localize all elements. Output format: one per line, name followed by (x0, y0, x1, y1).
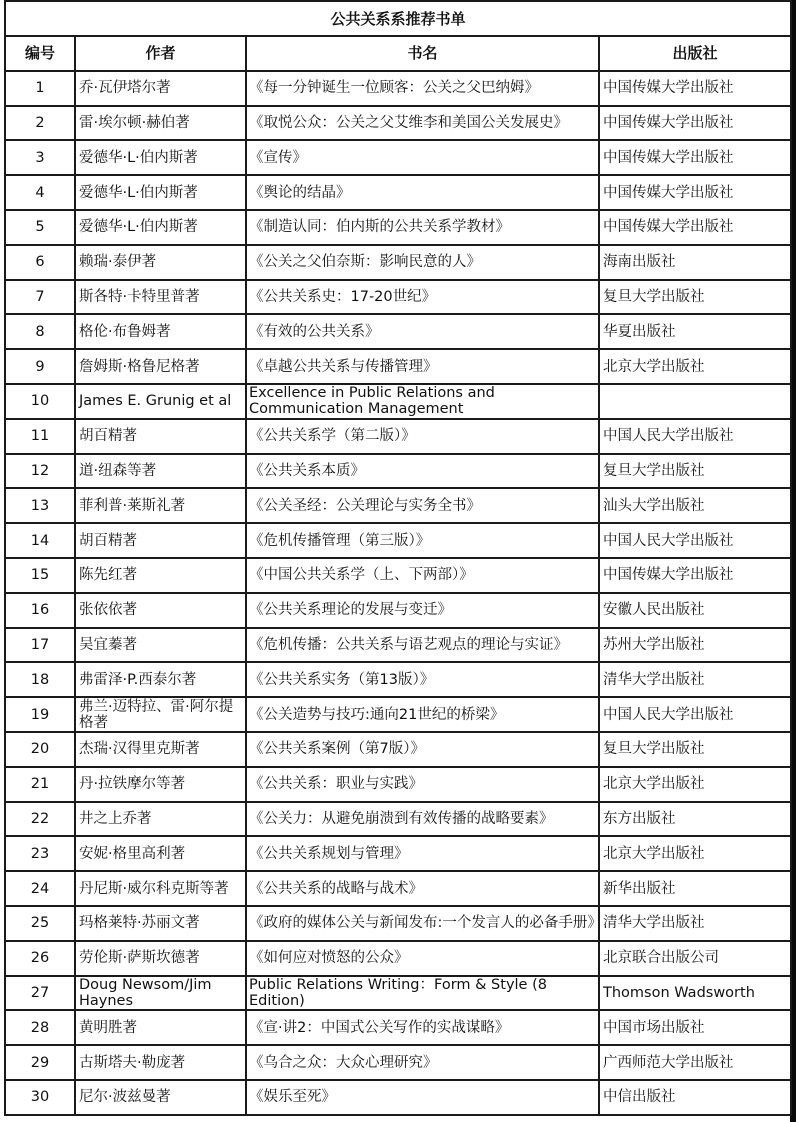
table-row: 21丹·拉铁摩尔等著《公共关系：职业与实践》北京大学出版社 (5, 767, 791, 802)
cell-publisher: 清华大学出版社 (599, 662, 791, 697)
cell-book-title: 《乌合之众：大众心理研究》 (246, 1045, 599, 1080)
cell-publisher: 中国传媒大学出版社 (599, 106, 791, 141)
table-row: 1乔·瓦伊塔尔著《每一分钟诞生一位顾客：公关之父巴纳姆》中国传媒大学出版社 (5, 71, 791, 106)
cell-book-title: 《舆论的结晶》 (246, 175, 599, 210)
cell-author: 爱德华·L·伯内斯著 (75, 140, 246, 175)
cell-book-title: 《公共关系的战略与战术》 (246, 871, 599, 906)
cell-number: 25 (5, 906, 75, 941)
table-row: 9詹姆斯·格鲁尼格著《卓越公共关系与传播管理》北京大学出版社 (5, 349, 791, 384)
table-row: 20杰瑞·汉得里克斯著《公共关系案例（第7版）》复旦大学出版社 (5, 732, 791, 767)
cell-book-title: 《公共关系规划与管理》 (246, 836, 599, 871)
cell-publisher: 北京大学出版社 (599, 349, 791, 384)
cell-number: 19 (5, 697, 75, 732)
cell-number: 24 (5, 871, 75, 906)
table-row: 16张依依著《公共关系理论的发展与变迁》安徽人民出版社 (5, 593, 791, 628)
table-row: 12道·纽森等著《公共关系本质》复旦大学出版社 (5, 454, 791, 489)
table-row: 13菲利普·莱斯礼著《公关圣经：公关理论与实务全书》汕头大学出版社 (5, 488, 791, 523)
table-row: 8格伦·布鲁姆著《有效的公共关系》华夏出版社 (5, 314, 791, 349)
cell-book-title: 《取悦公众：公关之父艾维李和美国公关发展史》 (246, 106, 599, 141)
table-row: 2雷·埃尔顿·赫伯著《取悦公众：公关之父艾维李和美国公关发展史》中国传媒大学出版… (5, 106, 791, 141)
cell-number: 10 (5, 384, 75, 419)
cell-author: 玛格莱特·苏丽文著 (75, 906, 246, 941)
cell-book-title: 《公关之父伯奈斯：影响民意的人》 (246, 245, 599, 280)
cell-number: 20 (5, 732, 75, 767)
cell-publisher: 中国人民大学出版社 (599, 419, 791, 454)
cell-publisher (599, 384, 791, 419)
cell-author: 吴宜蓁著 (75, 628, 246, 663)
table-row: 4爱德华·L·伯内斯著《舆论的结晶》中国传媒大学出版社 (5, 175, 791, 210)
cell-author: 胡百精著 (75, 523, 246, 558)
cell-publisher: 苏州大学出版社 (599, 628, 791, 663)
cell-author: 劳伦斯·萨斯坎德著 (75, 941, 246, 976)
table-row: 14胡百精著《危机传播管理（第三版）》中国人民大学出版社 (5, 523, 791, 558)
title-row: 公共关系系推荐书单 (5, 1, 791, 36)
cell-author: 弗兰·迈特拉、雷·阿尔提格著 (75, 697, 246, 732)
cell-number: 18 (5, 662, 75, 697)
cell-publisher: 海南出版社 (599, 245, 791, 280)
cell-book-title: 《有效的公共关系》 (246, 314, 599, 349)
cell-publisher: 中国传媒大学出版社 (599, 140, 791, 175)
cell-author: 陈先红著 (75, 558, 246, 593)
cell-publisher: 复旦大学出版社 (599, 732, 791, 767)
cell-author: 井之上乔著 (75, 802, 246, 837)
cell-author: Doug Newsom/Jim Haynes (75, 976, 246, 1011)
cell-author: 尼尔·波兹曼著 (75, 1080, 246, 1115)
cell-number: 5 (5, 210, 75, 245)
header-row: 编号 作者 书名 出版社 (5, 36, 791, 71)
cell-book-title: 《每一分钟诞生一位顾客：公关之父巴纳姆》 (246, 71, 599, 106)
cell-book-title: 《中国公共关系学（上、下两部）》 (246, 558, 599, 593)
cell-publisher: Thomson Wadsworth (599, 976, 791, 1011)
cell-book-title: 《公共关系史：17-20世纪》 (246, 280, 599, 315)
cell-number: 3 (5, 140, 75, 175)
table-title: 公共关系系推荐书单 (5, 1, 791, 36)
cell-book-title: 《政府的媒体公关与新闻发布:一个发言人的必备手册》 (246, 906, 599, 941)
cell-publisher: 华夏出版社 (599, 314, 791, 349)
cell-book-title: 《公关力：从避免崩溃到有效传播的战略要素》 (246, 802, 599, 837)
cell-publisher: 中国传媒大学出版社 (599, 71, 791, 106)
cell-publisher: 中国传媒大学出版社 (599, 210, 791, 245)
table-row: 25玛格莱特·苏丽文著《政府的媒体公关与新闻发布:一个发言人的必备手册》清华大学… (5, 906, 791, 941)
cell-book-title: 《危机传播管理（第三版）》 (246, 523, 599, 558)
cell-author: James E. Grunig et al (75, 384, 246, 419)
cell-book-title: 《公共关系学（第二版）》 (246, 419, 599, 454)
cell-number: 8 (5, 314, 75, 349)
cell-number: 12 (5, 454, 75, 489)
table-row: 15陈先红著《中国公共关系学（上、下两部）》中国传媒大学出版社 (5, 558, 791, 593)
table-row: 11胡百精著《公共关系学（第二版）》中国人民大学出版社 (5, 419, 791, 454)
cell-author: 菲利普·莱斯礼著 (75, 488, 246, 523)
cell-number: 11 (5, 419, 75, 454)
cell-book-title: 《危机传播：公共关系与语艺观点的理论与实证》 (246, 628, 599, 663)
cell-author: 胡百精著 (75, 419, 246, 454)
cell-number: 9 (5, 349, 75, 384)
cell-number: 28 (5, 1010, 75, 1045)
table-row: 10James E. Grunig et alExcellence in Pub… (5, 384, 791, 419)
cell-book-title: 《如何应对愤怒的公众》 (246, 941, 599, 976)
cell-number: 2 (5, 106, 75, 141)
cell-book-title: 《公共关系本质》 (246, 454, 599, 489)
table-row: 6赖瑞·泰伊著《公关之父伯奈斯：影响民意的人》海南出版社 (5, 245, 791, 280)
cell-publisher: 北京大学出版社 (599, 767, 791, 802)
cell-author: 格伦·布鲁姆著 (75, 314, 246, 349)
cell-book-title: 《公共关系：职业与实践》 (246, 767, 599, 802)
cell-book-title: 《制造认同：伯内斯的公共关系学教材》 (246, 210, 599, 245)
cell-author: 斯各特·卡特里普著 (75, 280, 246, 315)
cell-author: 乔·瓦伊塔尔著 (75, 71, 246, 106)
cell-number: 6 (5, 245, 75, 280)
cell-book-title: 《宣传》 (246, 140, 599, 175)
cell-publisher: 北京大学出版社 (599, 836, 791, 871)
cell-number: 30 (5, 1080, 75, 1115)
cell-number: 22 (5, 802, 75, 837)
cell-author: 雷·埃尔顿·赫伯著 (75, 106, 246, 141)
cell-author: 爱德华·L·伯内斯著 (75, 210, 246, 245)
cell-number: 15 (5, 558, 75, 593)
cell-author: 丹·拉铁摩尔等著 (75, 767, 246, 802)
cell-book-title: 《公共关系理论的发展与变迁》 (246, 593, 599, 628)
cell-publisher: 汕头大学出版社 (599, 488, 791, 523)
cell-publisher: 中国传媒大学出版社 (599, 558, 791, 593)
cell-number: 17 (5, 628, 75, 663)
cell-book-title: 《公关圣经：公关理论与实务全书》 (246, 488, 599, 523)
cell-publisher: 中国人民大学出版社 (599, 523, 791, 558)
cell-publisher: 新华出版社 (599, 871, 791, 906)
column-header-publisher: 出版社 (599, 36, 791, 71)
cell-number: 23 (5, 836, 75, 871)
cell-author: 丹尼斯·威尔科克斯等著 (75, 871, 246, 906)
table-row: 18弗雷泽·P.西泰尔著《公共关系实务（第13版）》清华大学出版社 (5, 662, 791, 697)
column-header-title: 书名 (246, 36, 599, 71)
cell-publisher: 东方出版社 (599, 802, 791, 837)
cell-book-title: 《娱乐至死》 (246, 1080, 599, 1115)
table-row: 30尼尔·波兹曼著《娱乐至死》中信出版社 (5, 1080, 791, 1115)
cell-publisher: 中国市场出版社 (599, 1010, 791, 1045)
cell-number: 29 (5, 1045, 75, 1080)
cell-number: 27 (5, 976, 75, 1011)
cell-author: 黄明胜著 (75, 1010, 246, 1045)
cell-publisher: 复旦大学出版社 (599, 454, 791, 489)
table-row: 7斯各特·卡特里普著《公共关系史：17-20世纪》复旦大学出版社 (5, 280, 791, 315)
cell-publisher: 中信出版社 (599, 1080, 791, 1115)
table-body: 1乔·瓦伊塔尔著《每一分钟诞生一位顾客：公关之父巴纳姆》中国传媒大学出版社2雷·… (5, 71, 791, 1115)
cell-number: 7 (5, 280, 75, 315)
table-row: 19弗兰·迈特拉、雷·阿尔提格著《公关造势与技巧:通向21世纪的桥梁》中国人民大… (5, 697, 791, 732)
table-row: 29古斯塔夫·勒庞著《乌合之众：大众心理研究》广西师范大学出版社 (5, 1045, 791, 1080)
cell-book-title: Public Relations Writing：Form & Style (8… (246, 976, 599, 1011)
cell-author: 弗雷泽·P.西泰尔著 (75, 662, 246, 697)
cell-book-title: 《公关造势与技巧:通向21世纪的桥梁》 (246, 697, 599, 732)
cell-author: 道·纽森等著 (75, 454, 246, 489)
cell-publisher: 中国传媒大学出版社 (599, 175, 791, 210)
cell-number: 1 (5, 71, 75, 106)
column-header-number: 编号 (5, 36, 75, 71)
table-row: 5爱德华·L·伯内斯著《制造认同：伯内斯的公共关系学教材》中国传媒大学出版社 (5, 210, 791, 245)
cell-publisher: 清华大学出版社 (599, 906, 791, 941)
table-row: 17吴宜蓁著《危机传播：公共关系与语艺观点的理论与实证》苏州大学出版社 (5, 628, 791, 663)
cell-author: 杰瑞·汉得里克斯著 (75, 732, 246, 767)
table-row: 28黄明胜著《宣·讲2：中国式公关写作的实战谋略》中国市场出版社 (5, 1010, 791, 1045)
table-row: 24丹尼斯·威尔科克斯等著《公共关系的战略与战术》新华出版社 (5, 871, 791, 906)
cell-publisher: 中国人民大学出版社 (599, 697, 791, 732)
cell-author: 安妮·格里高利著 (75, 836, 246, 871)
cell-number: 4 (5, 175, 75, 210)
table-row: 27Doug Newsom/Jim HaynesPublic Relations… (5, 976, 791, 1011)
table-row: 22井之上乔著《公关力：从避免崩溃到有效传播的战略要素》东方出版社 (5, 802, 791, 837)
cell-book-title: 《公共关系案例（第7版）》 (246, 732, 599, 767)
cell-publisher: 北京联合出版公司 (599, 941, 791, 976)
table-row: 23安妮·格里高利著《公共关系规划与管理》北京大学出版社 (5, 836, 791, 871)
cell-publisher: 复旦大学出版社 (599, 280, 791, 315)
cell-book-title: 《卓越公共关系与传播管理》 (246, 349, 599, 384)
cell-number: 26 (5, 941, 75, 976)
table-row: 3爱德华·L·伯内斯著《宣传》中国传媒大学出版社 (5, 140, 791, 175)
cell-publisher: 广西师范大学出版社 (599, 1045, 791, 1080)
book-list-table: 公共关系系推荐书单 编号 作者 书名 出版社 1乔·瓦伊塔尔著《每一分钟诞生一位… (4, 0, 792, 1116)
cell-book-title: 《宣·讲2：中国式公关写作的实战谋略》 (246, 1010, 599, 1045)
cell-book-title: Excellence in Public Relations and Commu… (246, 384, 599, 419)
cell-author: 爱德华·L·伯内斯著 (75, 175, 246, 210)
cell-author: 张依依著 (75, 593, 246, 628)
column-header-author: 作者 (75, 36, 246, 71)
cell-number: 16 (5, 593, 75, 628)
cell-author: 赖瑞·泰伊著 (75, 245, 246, 280)
cell-publisher: 安徽人民出版社 (599, 593, 791, 628)
cell-number: 21 (5, 767, 75, 802)
cell-book-title: 《公共关系实务（第13版）》 (246, 662, 599, 697)
cell-author: 詹姆斯·格鲁尼格著 (75, 349, 246, 384)
cell-number: 13 (5, 488, 75, 523)
cell-author: 古斯塔夫·勒庞著 (75, 1045, 246, 1080)
table-row: 26劳伦斯·萨斯坎德著《如何应对愤怒的公众》北京联合出版公司 (5, 941, 791, 976)
cell-number: 14 (5, 523, 75, 558)
